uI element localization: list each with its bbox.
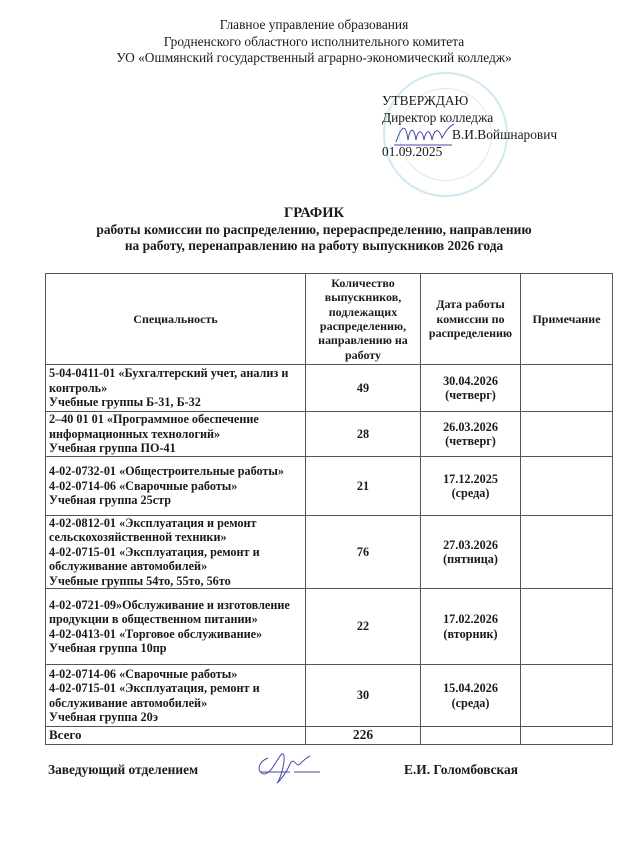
approval-date: 01.09.2025 (382, 143, 557, 160)
note-cell (521, 457, 613, 516)
commission-date: 17.02.2026 (424, 612, 517, 626)
specialty-line: Учебная группа ПО-41 (49, 441, 302, 455)
commission-date-cell: 17.12.2025(среда) (421, 457, 521, 516)
specialty-cell: 4-02-0721-09»Обслуживание и изготовление… (46, 589, 306, 665)
organization-header: Главное управление образования Гродненск… (0, 17, 628, 67)
graduate-count: 22 (306, 589, 421, 665)
specialty-line: обслуживание автомобилей» (49, 696, 302, 710)
commission-date: 17.12.2025 (424, 472, 517, 486)
specialty-cell: 4-02-0732-01 «Общестроительные работы» 4… (46, 457, 306, 516)
commission-date-cell: 17.02.2026(вторник) (421, 589, 521, 665)
commission-date: 30.04.2026 (424, 374, 517, 388)
note-cell (521, 665, 613, 727)
weekday: (четверг) (424, 434, 517, 448)
title-line: работы комиссии по распределению, перера… (0, 222, 628, 238)
specialty-line: 4-02-0413-01 «Торговое обслуживание» (49, 627, 302, 641)
signature-footer: Заведующий отделением Е.И. Голомбовская (48, 762, 608, 778)
approval-block: УТВЕРЖДАЮ Директор колледжа В.И.Войшнаро… (382, 92, 557, 160)
note-cell (521, 589, 613, 665)
column-header-date: Дата работы комиссии по распределению (421, 274, 521, 365)
title-line: на работу, перенаправлению на работу вып… (0, 238, 628, 254)
note-cell (521, 412, 613, 457)
table-row: 5-04-0411-01 «Бухгалтерский учет, анализ… (46, 365, 613, 412)
weekday: (четверг) (424, 388, 517, 402)
total-date-cell (421, 727, 521, 745)
header-line: Гродненского областного исполнительного … (0, 34, 628, 51)
approval-position: Директор колледжа (382, 109, 557, 126)
specialty-line: 2–40 01 01 «Программное обеспечение инфо… (49, 412, 302, 441)
footer-position: Заведующий отделением (48, 762, 198, 777)
header-line: УО «Ошмянский государственный аграрно-эк… (0, 50, 628, 67)
total-note-cell (521, 727, 613, 745)
note-cell (521, 516, 613, 589)
specialty-line: Учебная группа 20э (49, 710, 302, 724)
title-main: ГРАФИК (0, 205, 628, 221)
graduate-count: 76 (306, 516, 421, 589)
table-row: 4-02-0812-01 «Эксплуатация и ремонт сель… (46, 516, 613, 589)
column-header-count: Количество выпускников, подлежащих распр… (306, 274, 421, 365)
specialty-line: 4-02-0714-06 «Сварочные работы» (49, 667, 302, 681)
specialty-line: Учебные группы 54то, 55то, 56то (49, 574, 302, 588)
graduate-count: 28 (306, 412, 421, 457)
footer-name: Е.И. Голомбовская (404, 762, 518, 778)
graduate-count: 49 (306, 365, 421, 412)
graduate-count: 30 (306, 665, 421, 727)
total-row: Всего226 (46, 727, 613, 745)
commission-date: 27.03.2026 (424, 538, 517, 552)
approval-heading: УТВЕРЖДАЮ (382, 92, 557, 109)
column-header-note: Примечание (521, 274, 613, 365)
specialty-cell: 4-02-0812-01 «Эксплуатация и ремонт сель… (46, 516, 306, 589)
commission-date-cell: 27.03.2026(пятница) (421, 516, 521, 589)
table-row: 4-02-0732-01 «Общестроительные работы» 4… (46, 457, 613, 516)
weekday: (среда) (424, 696, 517, 710)
specialty-line: 4-02-0812-01 «Эксплуатация и ремонт сель… (49, 516, 302, 545)
specialty-line: 5-04-0411-01 «Бухгалтерский учет, анализ… (49, 366, 302, 395)
specialty-line: 4-02-0714-06 «Сварочные работы» (49, 479, 302, 493)
weekday: (среда) (424, 486, 517, 500)
graduate-count: 21 (306, 457, 421, 516)
specialty-line: 4-02-0732-01 «Общестроительные работы» (49, 464, 302, 478)
specialty-line: Учебные группы Б-31, Б-32 (49, 395, 302, 409)
table-header-row: Специальность Количество выпускников, по… (46, 274, 613, 365)
column-header-specialty: Специальность (46, 274, 306, 365)
note-cell (521, 365, 613, 412)
table-row: 4-02-0721-09»Обслуживание и изготовление… (46, 589, 613, 665)
specialty-cell: 5-04-0411-01 «Бухгалтерский учет, анализ… (46, 365, 306, 412)
table-row: 2–40 01 01 «Программное обеспечение инфо… (46, 412, 613, 457)
approval-name: В.И.Войшнарович (382, 126, 557, 143)
commission-date: 15.04.2026 (424, 681, 517, 695)
specialty-cell: 2–40 01 01 «Программное обеспечение инфо… (46, 412, 306, 457)
header-line: Главное управление образования (0, 17, 628, 34)
document-title: ГРАФИК работы комиссии по распределению,… (0, 205, 628, 254)
specialty-line: Учебная группа 10пр (49, 641, 302, 655)
total-label: Всего (46, 727, 306, 745)
schedule-table: Специальность Количество выпускников, по… (45, 273, 613, 745)
table-row: 4-02-0714-06 «Сварочные работы»4-02-0715… (46, 665, 613, 727)
specialty-line: Учебная группа 25стр (49, 493, 302, 507)
specialty-cell: 4-02-0714-06 «Сварочные работы»4-02-0715… (46, 665, 306, 727)
specialty-line: 4-02-0715-01 «Эксплуатация, ремонт и (49, 681, 302, 695)
total-count: 226 (306, 727, 421, 745)
specialty-line: 4-02-0715-01 «Эксплуатация, ремонт и обс… (49, 545, 302, 574)
commission-date-cell: 26.03.2026(четверг) (421, 412, 521, 457)
specialty-line: 4-02-0721-09»Обслуживание и изготовление… (49, 598, 302, 627)
commission-date: 26.03.2026 (424, 420, 517, 434)
weekday: (вторник) (424, 627, 517, 641)
weekday: (пятница) (424, 552, 517, 566)
commission-date-cell: 15.04.2026(среда) (421, 665, 521, 727)
commission-date-cell: 30.04.2026(четверг) (421, 365, 521, 412)
